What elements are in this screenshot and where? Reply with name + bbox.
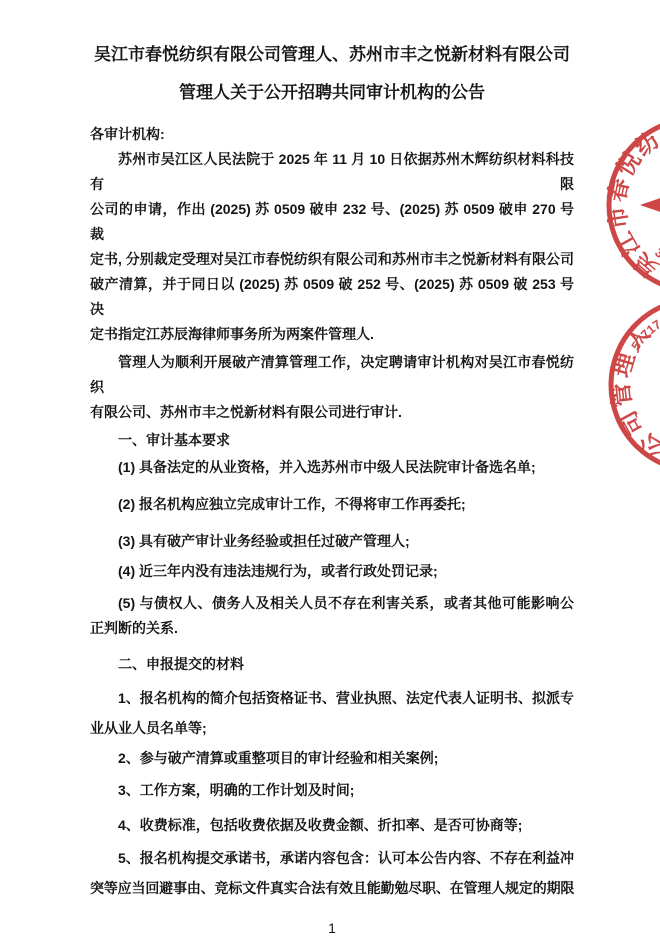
page-number: 1 [90,916,574,940]
administrator-seal-stamp: 公司管理人 57717 [597,285,660,485]
list-item-line: 1、报名机构的简介包括资格证书、营业执照、法定代表人证明书、拟派专 [90,683,574,713]
seal-arc-text: 吴江市春悦纺织 [603,114,660,282]
section-heading-2: 二、申报提交的材料 [90,652,574,677]
list-item-1-4: (4) 近三年内没有违法违规行为，或者行政处罚记录; [90,559,574,584]
document-title: 吴江市春悦纺织有限公司管理人、苏州市丰之悦新材料有限公司 管理人关于公开招聘共同… [90,36,574,112]
list-item-line: (5) 与债权人、债务人及相关人员不存在利害关系，或者其他可能影响公 [90,591,574,616]
seal-star-icon [640,153,660,258]
title-line-1: 吴江市春悦纺织有限公司管理人、苏州市丰之悦新材料有限公司 [90,36,574,74]
title-line-2: 管理人关于公开招聘共同审计机构的公告 [90,74,574,112]
paragraph-line: 定书指定江苏辰海律师事务所为两案件管理人. [90,322,574,347]
paragraph-line: 公司的申请，作出 (2025) 苏 0509 破申 232 号、(2025) 苏… [90,197,574,247]
list-item-2-5: 5、报名机构提交承诺书，承诺内容包含：认可本公告内容、不存在利益冲 突等应当回避… [90,843,574,903]
document-body: 吴江市春悦纺织有限公司管理人、苏州市丰之悦新材料有限公司 管理人关于公开招聘共同… [0,36,660,940]
list-item-1-1: (1) 具备法定的从业资格，并入选苏州市中级人民法院审计备选名单; [90,455,574,480]
list-item-2-3: 3、工作方案，明确的工作计划及时间; [90,775,574,805]
list-item-line: 正判断的关系. [90,616,574,641]
list-item-1-2: (2) 报名机构应独立完成审计工作，不得将审工作再委托; [90,492,574,517]
salutation: 各审计机构: [90,122,574,147]
list-item-1-5: (5) 与债权人、债务人及相关人员不存在利害关系，或者其他可能影响公 正判断的关… [90,591,574,641]
paragraph-line: 管理人为顺利开展破产清算管理工作，决定聘请审计机构对吴江市春悦纺织 [90,350,574,400]
paragraph-line: 苏州市吴江区人民法院于 2025 年 11 月 10 日依据苏州木辉纺织材料科技… [90,147,574,197]
list-item-line: 突等应当回避事由、竞标文件真实合法有效且能勤勉尽职、在管理人规定的期限 [90,873,574,903]
list-item-2-1: 1、报名机构的简介包括资格证书、营业执照、法定代表人证明书、拟派专 业从业人员名… [90,683,574,743]
list-item-line: 5、报名机构提交承诺书，承诺内容包含：认可本公告内容、不存在利益冲 [90,843,574,873]
list-item-2-4: 4、收费标准，包括收费依据及收费金额、折扣率、是否可协商等; [90,810,574,840]
paragraph-line: 定书, 分别裁定受理对吴江市春悦纺织有限公司和苏州市丰之悦新材料有限公司 [90,247,574,272]
paragraph-engagement: 管理人为顺利开展破产清算管理工作，决定聘请审计机构对吴江市春悦纺织 有限公司、苏… [90,350,574,425]
paragraph-line: 破产清算，并于同日以 (2025) 苏 0509 破 252 号、(2025) … [90,272,574,322]
company-seal-stamp: 吴江市春悦纺织 320 [595,105,660,305]
section-heading-1: 一、审计基本要求 [90,428,574,453]
paragraph-line: 有限公司、苏州市丰之悦新材料有限公司进行审计. [90,400,574,425]
list-item-line: 业从业人员名单等; [90,713,574,743]
paragraph-court-ruling: 苏州市吴江区人民法院于 2025 年 11 月 10 日依据苏州木辉纺织材料科技… [90,147,574,347]
list-item-2-2: 2、参与破产清算或重整项目的审计经验和相关案例; [90,743,574,773]
svg-text:吴江市春悦纺织: 吴江市春悦纺织 [603,114,660,282]
list-item-1-3: (3) 具有破产审计业务经验或担任过破产管理人; [90,529,574,554]
page: 吴江市春悦纺织有限公司管理人、苏州市丰之悦新材料有限公司 管理人关于公开招聘共同… [0,0,660,940]
